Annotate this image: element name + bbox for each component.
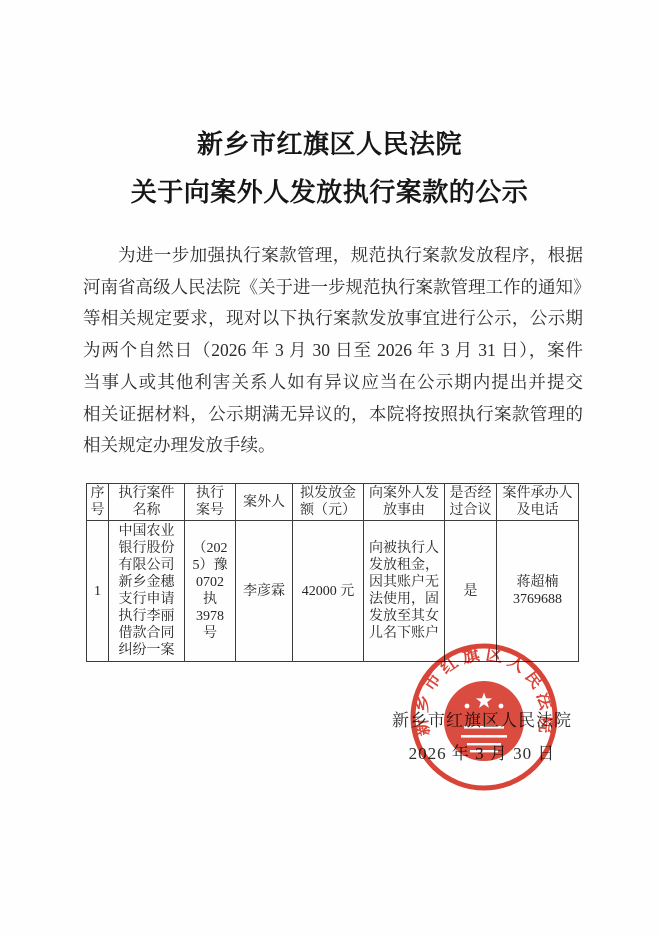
notice-paragraph-line: 为两个自然日（2026 年 3 月 30 日至 2026 年 3 月 31 日）…: [83, 335, 583, 367]
cell-case-name: 中国农业 银行股份 有限公司 新乡金穗 支行申请 执行李丽 借款合同 纠纷一案: [109, 521, 185, 662]
notice-paragraph-line: 等相关规定要求，现对以下执行案款发放事宜进行公示，公示期: [83, 303, 583, 335]
table-row: 1 中国农业 银行股份 有限公司 新乡金穗 支行申请 执行李丽 借款合同 纠纷一…: [87, 521, 579, 662]
signature-court-name: 新乡市红旗区人民法院: [302, 704, 659, 737]
notice-paragraph-line: 相关证据材料，公示期满无异议的，本院将按照执行案款管理的: [83, 399, 583, 431]
notice-title: 关于向案外人发放执行案款的公示: [0, 172, 659, 209]
cell-outsider: 李彦霖: [236, 521, 293, 662]
notice-paragraph-line: 为进一步加强执行案款管理，规范执行案款发放程序，根据: [83, 240, 583, 272]
header-case-no: 执行 案号: [185, 484, 236, 521]
cell-case-no: （202 5）豫 0702 执 3978 号: [185, 521, 236, 662]
header-seq: 序 号: [87, 484, 109, 521]
notice-body: 为进一步加强执行案款管理，规范执行案款发放程序，根据 河南省高级人民法院《关于进…: [83, 240, 583, 462]
header-reason: 向案外人发 放事由: [364, 484, 445, 521]
header-case-name: 执行案件 名称: [109, 484, 185, 521]
case-table: 序 号 执行案件 名称 执行 案号 案外人 拟发放金 额（元） 向案外人发 放事…: [86, 483, 579, 662]
signature-block: 新乡市红旗区人民法院 2026 年 3 月 30 日: [302, 704, 659, 770]
notice-paragraph-line: 当事人或其他利害关系人如有异议应当在公示期内提出并提交: [83, 367, 583, 399]
signature-date: 2026 年 3 月 30 日: [302, 737, 659, 770]
header-deliberated: 是否经 过合议: [445, 484, 497, 521]
cell-amount: 42000 元: [293, 521, 364, 662]
notice-paragraph-line: 河南省高级人民法院《关于进一步规范执行案款管理工作的通知》: [83, 272, 583, 304]
court-title: 新乡市红旗区人民法院: [0, 124, 659, 161]
table-header-row: 序 号 执行案件 名称 执行 案号 案外人 拟发放金 额（元） 向案外人发 放事…: [87, 484, 579, 521]
header-amount: 拟发放金 额（元）: [293, 484, 364, 521]
notice-paragraph-line: 相关规定办理发放手续。: [83, 430, 583, 462]
cell-deliberated: 是: [445, 521, 497, 662]
cell-handler: 蒋超楠 3769688: [497, 521, 579, 662]
cell-reason: 向被执行人 发放租金， 因其账户无 法使用，固 发放至其女 儿名下账户: [364, 521, 445, 662]
cell-seq: 1: [87, 521, 109, 662]
header-outsider: 案外人: [236, 484, 293, 521]
notice-document: 新乡市红旗区人民法院 关于向案外人发放执行案款的公示 为进一步加强执行案款管理，…: [0, 0, 659, 937]
header-handler: 案件承办人 及电话: [497, 484, 579, 521]
